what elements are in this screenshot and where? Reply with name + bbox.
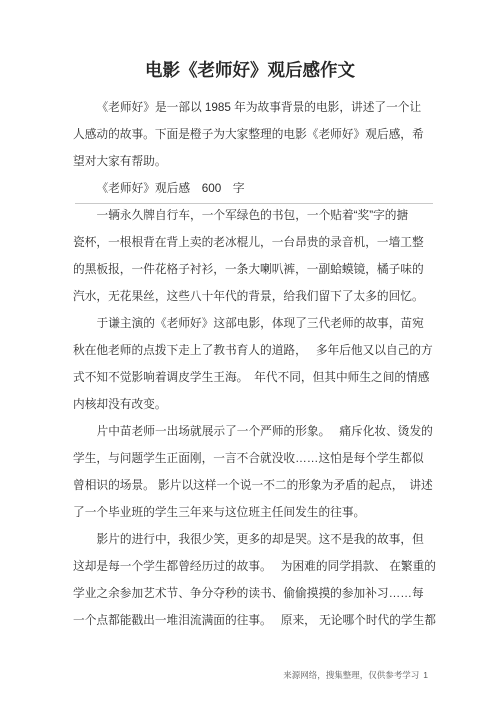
footer-text: 来源网络，搜集整理，仅供参考学习 [283,670,419,680]
essay-line: 秋在他老师的点拨下走上了教书育人的道路， 多年后他又以自己的方 [73,337,427,364]
essay-paragraph: 《老师好》观后感 600 字 [73,175,427,202]
essay-line: 片中苗老师一出场就展示了一个严师的形象。 痛斥化妆、烫发的 [73,418,427,445]
essay-paragraph: 《老师好》是一部以 1985 年为故事背景的电影，讲述了一个让人感动的故事。下面… [73,94,427,175]
page-footer: 来源网络，搜集整理，仅供参考学习1 [274,654,428,696]
essay-paragraph: 片中苗老师一出场就展示了一个严师的形象。 痛斥化妆、烫发的学生，与问题学生正面刚… [73,418,427,526]
essay-line: 这却是每一个学生都曾经历过的故事。 为困难的同学捐款、 在繁重的 [73,553,427,580]
essay-line: 曾相识的场景。 影片以这样一个说一不二的形象为矛盾的起点， 讲述 [73,472,427,499]
footer-page-number: 1 [423,670,428,680]
essay-title: 电影《老师好》观后感作文 [73,56,427,84]
essay-line: 了一个毕业班的学生三年来与这位班主任间发生的往事。 [73,499,427,526]
essay-line: 学业之余参加艺术节、争分夺秒的读书、偷偷摸摸的参加补习……每 [73,580,427,607]
essay-line: 人感动的故事。下面是橙子为大家整理的电影《老师好》观后感，希 [73,121,427,148]
essay-line: 一个点都能戳出一堆泪流满面的往事。 原来， 无论哪个时代的学生都 [73,607,427,634]
essay-line: 《老师好》观后感 600 字 [73,175,427,202]
essay-paragraph: 影片的进行中，我很少笑，更多的却是哭。这不是我的故事，但这却是每一个学生都曾经历… [73,526,427,634]
essay-line: 的黑板报，一件花格子衬衫，一条大喇叭裤，一副蛤蟆镜，橘子味的 [73,256,427,283]
essay-line: 式不知不觉影响着调皮学生王海。 年代不同，但其中师生之间的情感 [73,364,427,391]
essay-line: 汽水，无花果丝，这些八十年代的背景，给我们留下了太多的回忆。 [73,283,427,310]
essay-line: 望对大家有帮助。 [73,148,427,175]
document-page: 电影《老师好》观后感作文 《老师好》是一部以 1985 年为故事背景的电影，讲述… [0,0,500,708]
essay-line: 于谦主演的《老师好》这部电影，体现了三代老师的故事，苗宛 [73,310,427,337]
essay-line: 内核却没有改变。 [73,391,427,418]
essay-line: 瓷杯，一根根背在背上卖的老冰棍儿，一台昂贵的录音机，一墙工整 [73,229,427,256]
essay-line: 学生，与问题学生正面刚，一言不合就没收……这怕是每个学生都似 [73,445,427,472]
essay-paragraph: 一辆永久牌自行车，一个军绿色的书包，一个贴着“奖”字的搪瓷杯，一根根背在背上卖的… [73,202,427,310]
essay-body: 《老师好》是一部以 1985 年为故事背景的电影，讲述了一个让人感动的故事。下面… [73,94,427,634]
essay-line: 一辆永久牌自行车，一个军绿色的书包，一个贴着“奖”字的搪 [73,202,427,229]
essay-line: 影片的进行中，我很少笑，更多的却是哭。这不是我的故事，但 [73,526,427,553]
essay-line: 《老师好》是一部以 1985 年为故事背景的电影，讲述了一个让 [73,94,427,121]
essay-paragraph: 于谦主演的《老师好》这部电影，体现了三代老师的故事，苗宛秋在他老师的点拨下走上了… [73,310,427,418]
